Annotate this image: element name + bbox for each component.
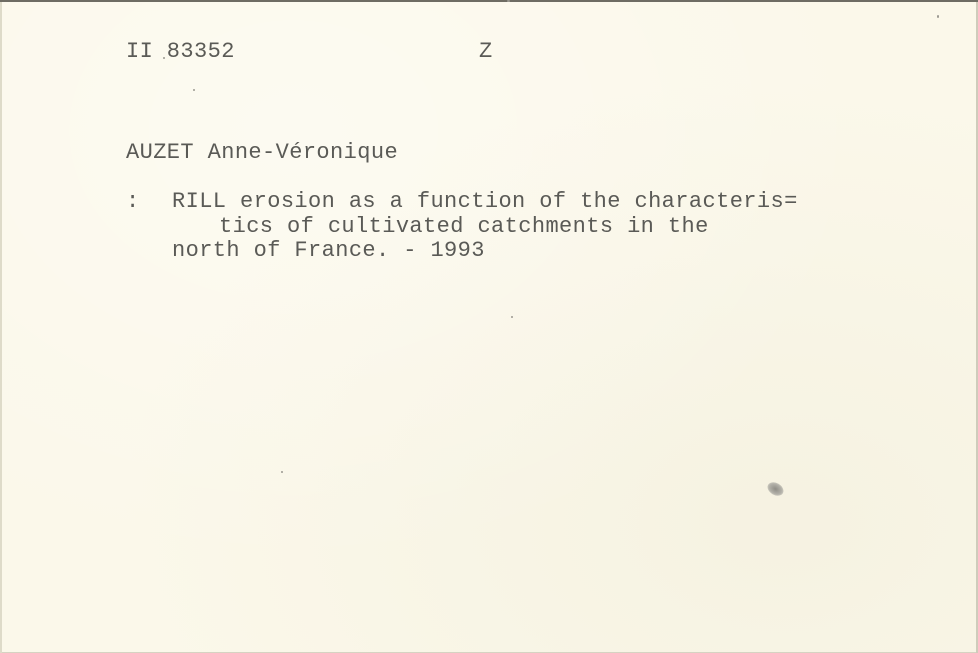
paper-stain — [765, 480, 786, 499]
location-mark: Z — [479, 40, 493, 64]
title-line-1: RILL erosion as a function of the charac… — [172, 190, 798, 214]
paper-speck — [193, 89, 195, 91]
title-prefix: : — [126, 190, 140, 214]
author-name: AUZET Anne-Véronique — [126, 141, 398, 165]
paper-speck — [281, 471, 283, 473]
catalog-card: II 83352 Z AUZET Anne-Véronique : RILL e… — [0, 0, 978, 653]
title-line-3: north of France. - 1993 — [172, 239, 485, 263]
paper-speck — [937, 15, 939, 18]
paper-speck — [511, 316, 513, 318]
paper-speck — [163, 57, 165, 59]
paper-speck — [507, 0, 510, 2]
call-number: II 83352 — [126, 40, 235, 64]
title-line-2: tics of cultivated catchments in the — [219, 215, 709, 239]
